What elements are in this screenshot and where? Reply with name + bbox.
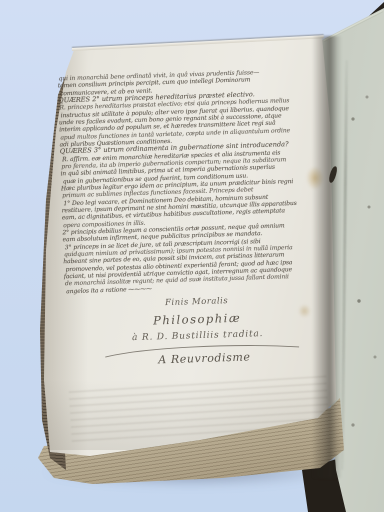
manuscript-body-text: qui in monarchiâ bene ordinatâ vivit, in…	[57, 67, 328, 297]
subject-line: Philosophiæ	[66, 308, 328, 330]
paper-speckles	[0, 0, 2, 2]
manuscript-book-photo: qui in monarchiâ bene ordinatâ vivit, in…	[0, 0, 384, 512]
handwritten-text-layer: qui in monarchiâ bene ordinatâ vivit, in…	[0, 0, 384, 512]
